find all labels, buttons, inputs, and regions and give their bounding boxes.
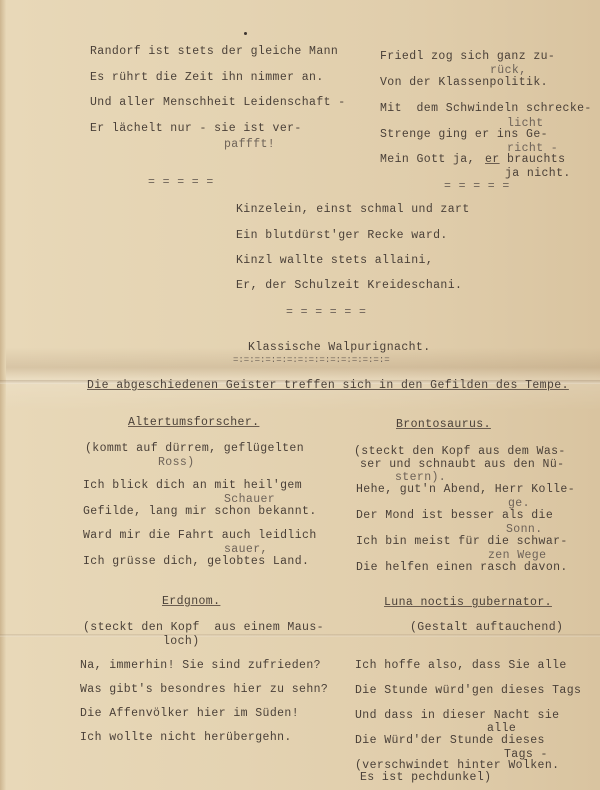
verse-line: Die Affenvölker hier im Süden! xyxy=(80,707,299,720)
poem-line: Mein Gott ja, xyxy=(380,153,475,166)
verse-line: Was gibt's besondres hier zu sehn? xyxy=(80,683,328,696)
stage-direction: loch) xyxy=(163,635,200,648)
speaker-name: Brontosaurus. xyxy=(396,418,491,431)
verse-line: Die Würd'der Stunde dieses xyxy=(355,734,545,747)
speaker-name: Luna noctis gubernator. xyxy=(384,596,552,609)
verse-line: Die Stunde würd'gen dieses Tags xyxy=(355,684,581,697)
stage-direction: Es ist pechdunkel) xyxy=(360,771,491,784)
poem-line: Mit dem Schwindeln schrecke- xyxy=(380,102,592,115)
poem-line: paffft! xyxy=(224,138,275,151)
verse-line: Ich grüsse dich, gelobtes Land. xyxy=(83,555,309,568)
verse-line: Ward mir die Fahrt auch leidlich xyxy=(83,529,317,542)
section-title: Klassische Walpurignacht. xyxy=(248,341,431,354)
poem-line: Er lächelt nur - sie ist ver- xyxy=(90,122,302,135)
poem-line: ja nicht. xyxy=(505,167,571,180)
poem-line: Kinzelein, einst schmal und zart xyxy=(236,203,470,216)
poem-line: Randorf ist stets der gleiche Mann xyxy=(90,45,338,58)
title-rule: =:=:=:=:=:=:=:=:=:=:=:=:=:=:= xyxy=(233,354,390,367)
poem-line: Es rührt die Zeit ihn nimmer an. xyxy=(90,71,324,84)
verse-line: Ich blick dich an mit heil'gem xyxy=(83,479,302,492)
poem-line-emphasis: er xyxy=(485,153,500,166)
stage-direction: (steckt den Kopf aus dem Was- xyxy=(354,445,566,458)
verse-line: Na, immerhin! Sie sind zufrieden? xyxy=(80,659,321,672)
poem-line: brauchts xyxy=(507,153,565,166)
section-intro: Die abgeschiedenen Geister treffen sich … xyxy=(87,379,569,392)
stage-direction: ser und schnaubt aus den Nü- xyxy=(360,458,564,471)
poem-line: Er, der Schulzeit Kreideschani. xyxy=(236,279,462,292)
verse-line: Gefilde, lang mir schon bekannt. xyxy=(83,505,317,518)
speaker-name: Altertumsforscher. xyxy=(128,416,259,429)
stage-direction: (kommt auf dürrem, geflügelten xyxy=(85,442,304,455)
verse-line: Der Mond ist besser als die xyxy=(356,509,553,522)
poem-line: Ein blutdürst'ger Recke ward. xyxy=(236,229,448,242)
verse-line: Und dass in dieser Nacht sie xyxy=(355,709,559,722)
stage-direction: Ross) xyxy=(158,456,195,469)
separator: = = = = = = xyxy=(286,306,366,319)
poem-line: Von der Klassenpolitik. xyxy=(380,76,548,89)
poem-line: Strenge ging er ins Ge- xyxy=(380,128,548,141)
ink-dot xyxy=(244,32,247,35)
separator: = = = = = xyxy=(444,180,510,193)
poem-line: Und aller Menschheit Leidenschaft - xyxy=(90,96,346,109)
stage-direction: (Gestalt auftauchend) xyxy=(410,621,563,634)
verse-line: Ich wollte nicht herübergehn. xyxy=(80,731,292,744)
verse-line: Die helfen einen rasch davon. xyxy=(356,561,568,574)
separator: = = = = = xyxy=(148,176,214,189)
paper-edge xyxy=(0,0,6,790)
poem-line: Friedl zog sich ganz zu- xyxy=(380,50,555,63)
speaker-name: Erdgnom. xyxy=(162,595,220,608)
poem-line: Kinzl wallte stets allaini, xyxy=(236,254,433,267)
verse-line: Ich hoffe also, dass Sie alle xyxy=(355,659,567,672)
verse-line: Ich bin meist für die schwar- xyxy=(356,535,568,548)
verse-line: Hehe, gut'n Abend, Herr Kolle- xyxy=(356,483,575,496)
stage-direction: (steckt den Kopf aus einem Maus- xyxy=(83,621,324,634)
paper-fold xyxy=(0,634,600,637)
